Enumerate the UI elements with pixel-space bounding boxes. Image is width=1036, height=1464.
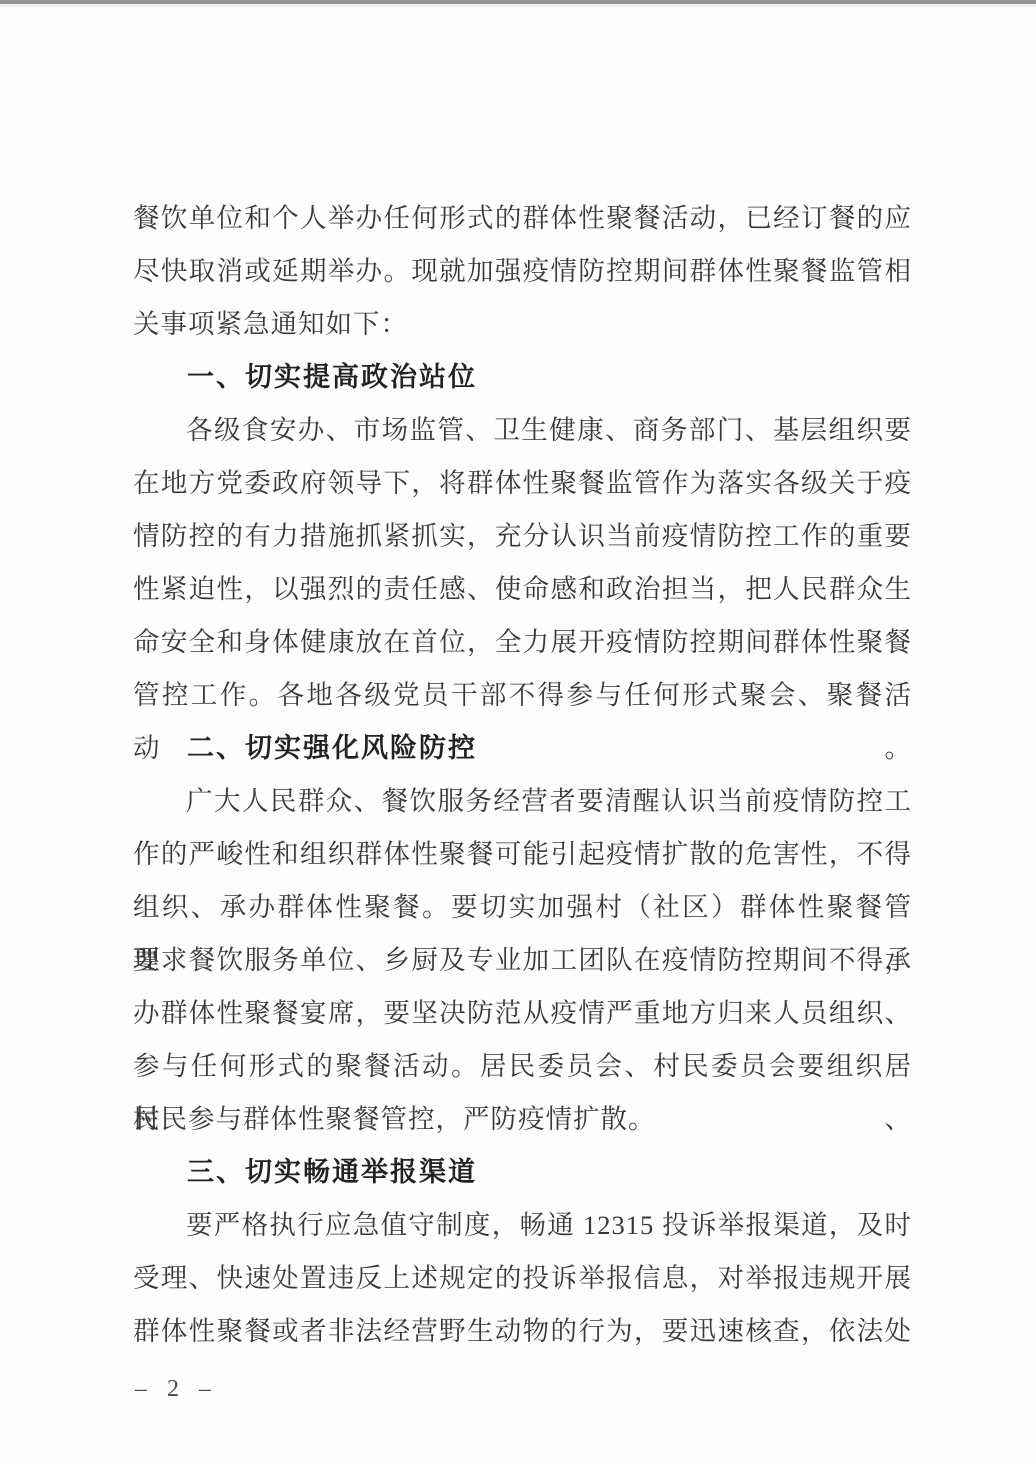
text-line: 组织、承办群体性聚餐。要切实加强村（社区）群体性聚餐管理， <box>133 881 912 934</box>
text-line: 办群体性聚餐宴席，要坚决防范从疫情严重地方归来人员组织、 <box>133 987 912 1040</box>
text-line: 管控工作。各地各级党员干部不得参与任何形式聚会、聚餐活动。 <box>133 669 912 722</box>
text-line: 性紧迫性，以强烈的责任感、使命感和政治担当，把人民群众生 <box>133 563 912 616</box>
text-line: 广大人民群众、餐饮服务经营者要清醒认识当前疫情防控工 <box>133 775 912 828</box>
text-line: 餐饮单位和个人举办任何形式的群体性聚餐活动，已经订餐的应 <box>133 192 912 245</box>
text-line: 命安全和身体健康放在首位，全力展开疫情防控期间群体性聚餐 <box>133 616 912 669</box>
text-line: 在地方党委政府领导下，将群体性聚餐监管作为落实各级关于疫 <box>133 457 912 510</box>
text-line: 作的严峻性和组织群体性聚餐可能引起疫情扩散的危害性，不得 <box>133 828 912 881</box>
document-page: 餐饮单位和个人举办任何形式的群体性聚餐活动，已经订餐的应 尽快取消或延期举办。现… <box>133 192 912 1358</box>
text-line: 参与任何形式的聚餐活动。居民委员会、村民委员会要组织居民、 <box>133 1040 912 1093</box>
text-line: 群体性聚餐或者非法经营野生动物的行为，要迅速核查，依法处 <box>133 1305 912 1358</box>
text-line: 要求餐饮服务单位、乡厨及专业加工团队在疫情防控期间不得承 <box>133 934 912 987</box>
page-number: – 2 – <box>135 1376 218 1403</box>
text-line: 受理、快速处置违反上述规定的投诉举报信息，对举报违规开展 <box>133 1252 912 1305</box>
text-line: 各级食安办、市场监管、卫生健康、商务部门、基层组织要 <box>133 404 912 457</box>
text-line: 情防控的有力措施抓紧抓实，充分认识当前疫情防控工作的重要 <box>133 510 912 563</box>
scan-edge-bar <box>0 0 1036 7</box>
text-line: 要严格执行应急值守制度，畅通 12315 投诉举报渠道，及时 <box>133 1199 912 1252</box>
section-heading: 一、切实提高政治站位 <box>133 351 912 404</box>
text-line: 尽快取消或延期举办。现就加强疫情防控期间群体性聚餐监管相 <box>133 245 912 298</box>
section-heading: 三、切实畅通举报渠道 <box>133 1146 912 1199</box>
text-line: 关事项紧急通知如下： <box>133 298 912 351</box>
